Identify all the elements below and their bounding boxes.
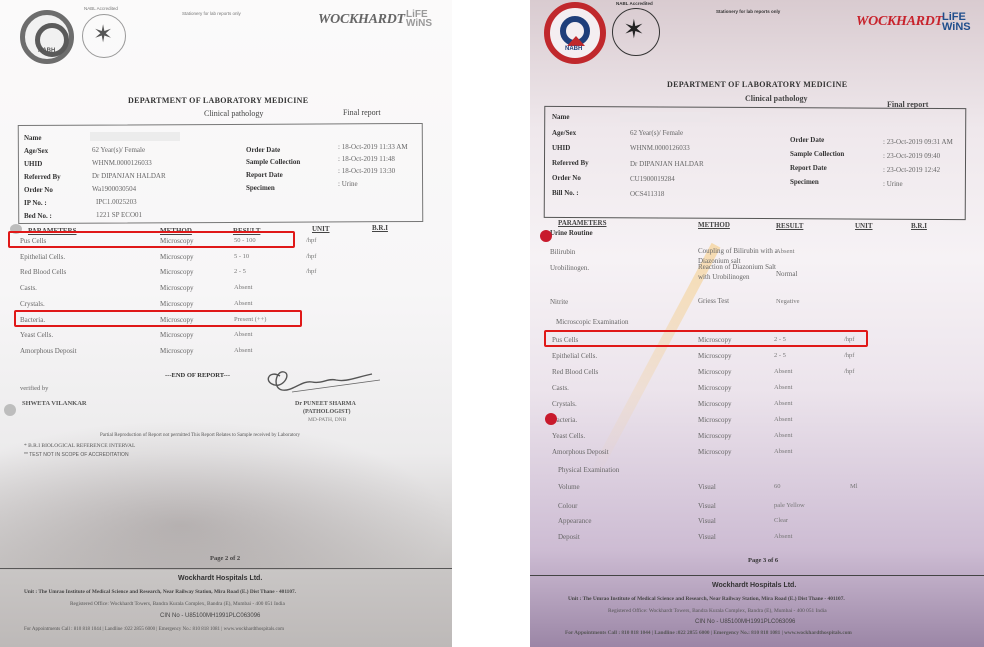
parameter-cell: Deposit	[558, 533, 580, 541]
specimen-value: : Urine	[883, 180, 903, 188]
method-cell: Visual	[698, 502, 716, 510]
footer-office: Registered Office: Wockhardt Towers, Ban…	[70, 601, 285, 607]
physical-title: Physical Examination	[558, 466, 619, 474]
verifier-name: SHWETA VILANKAR	[22, 400, 87, 407]
column-result: RESULT	[776, 222, 803, 230]
column-parameters: PARAMETERS	[558, 219, 606, 227]
method-cell: Reaction of Diazonium Salt with Urobilin…	[698, 262, 778, 282]
wockhardt-logo-text: WOCKHARDT	[856, 14, 943, 29]
tagline-line2: WiNS	[406, 19, 432, 28]
report-date-value: : 23-Oct-2019 12:42	[883, 166, 940, 174]
method-cell: Griess Test	[698, 296, 778, 306]
name-redacted	[90, 132, 180, 141]
method-cell: Microscopy	[160, 300, 193, 308]
parameter-cell: Crystals.	[552, 400, 577, 408]
star-icon: ✶	[93, 20, 113, 49]
wockhardt-logo: WOCKHARDT	[856, 14, 943, 30]
pathologist-degree: MD-PATH, DNB	[308, 417, 346, 423]
parameter-cell: Bilirubin	[550, 248, 575, 256]
referred-by-label: Referred By	[24, 173, 61, 181]
unit-cell: Ml	[850, 483, 858, 490]
method-cell: Microscopy	[698, 432, 731, 440]
specimen-label: Specimen	[790, 178, 819, 186]
department-title: DEPARTMENT OF LABORATORY MEDICINE	[667, 80, 847, 89]
footer-divider	[0, 568, 452, 569]
footer-contact: For Appointments Call : 810 818 1044 | L…	[24, 627, 284, 632]
pathologist-name: Dr PUNEET SHARMA	[295, 401, 356, 407]
result-cell: 2 - 5	[234, 268, 246, 275]
method-cell: Microscopy	[160, 284, 193, 292]
parameter-cell: Yeast Cells.	[552, 432, 585, 440]
footer-cin: CIN No - U85100MH1991PLC063096	[160, 613, 260, 619]
method-cell: Microscopy	[698, 448, 731, 456]
report-photo-right: NABH NABL Accredited ✶ Stationery for la…	[530, 0, 984, 647]
parameter-cell: Crystals.	[20, 300, 45, 308]
method-cell: Visual	[698, 517, 716, 525]
order-no-value: Wa1900030504	[92, 185, 136, 193]
footer-unit: Unit : The Umrao Institute of Medical Sc…	[24, 589, 296, 595]
parameter-cell: Red Blood Cells	[20, 268, 66, 276]
parameter-cell: Amorphous Deposit	[20, 347, 77, 355]
parameter-cell: Appearance	[558, 517, 591, 525]
wockhardt-logo-text: WOCKHARDT	[318, 12, 405, 27]
method-cell: Microscopy	[160, 331, 193, 339]
section-title: Clinical pathology	[204, 109, 263, 118]
department-title: DEPARTMENT OF LABORATORY MEDICINE	[128, 96, 308, 105]
sample-collection-value: : 18-Oct-2019 11:48	[338, 155, 395, 163]
parameter-cell: Colour	[558, 502, 577, 510]
footer-unit: Unit : The Umrao Institute of Medical Sc…	[568, 596, 845, 602]
column-bri: B.R.I	[911, 222, 927, 230]
result-cell: Absent	[774, 432, 792, 439]
footer-cin: CIN No - U85100MH1991PLC063096	[695, 619, 795, 625]
sample-collection-value: : 23-Oct-2019 09:40	[883, 152, 940, 160]
wockhardt-logo: WOCKHARDT	[318, 12, 405, 28]
result-cell: Absent	[774, 368, 792, 375]
stationery-note: Stationery for lab reports only	[716, 9, 780, 14]
nabh-logo: NABH	[20, 10, 74, 64]
report-status: Final report	[343, 108, 381, 117]
unit-cell: /hpf	[844, 352, 854, 359]
result-cell: Absent	[776, 248, 794, 255]
result-cell: 5 - 10	[234, 253, 249, 260]
parameter-cell: Casts.	[552, 384, 569, 392]
unit-cell: /hpf	[306, 237, 316, 244]
specimen-label: Specimen	[246, 184, 275, 192]
highlight-box	[8, 231, 295, 248]
column-method: METHOD	[698, 221, 730, 229]
result-cell: Absent	[234, 347, 252, 354]
parameter-cell: Epithelial Cells.	[20, 253, 65, 261]
unit-cell: /hpf	[844, 368, 854, 375]
nabh-label: NABH	[565, 46, 582, 52]
order-no-label: Order No	[24, 186, 53, 194]
result-cell: 60	[774, 483, 781, 490]
uhid-value: WHNM.0000126033	[92, 159, 152, 167]
order-date-label: Order Date	[790, 136, 824, 144]
name-label: Name	[24, 134, 42, 142]
name-label: Name	[552, 113, 570, 121]
uhid-label: UHID	[24, 160, 42, 168]
footer-divider	[530, 575, 984, 576]
disclaimer: Partial Reproduction of Report not permi…	[100, 433, 300, 438]
section-title: Clinical pathology	[745, 94, 807, 103]
bed-no-value: 1221 SP ECO01	[96, 211, 142, 219]
bill-no-label: Bill No. :	[552, 189, 579, 197]
tagline-logo: LiFE WiNS	[406, 10, 432, 28]
method-cell: Microscopy	[160, 268, 193, 276]
result-cell: Negative	[776, 298, 799, 305]
order-no-value: CU1900019284	[630, 175, 675, 183]
referred-by-value: Dr DIPANJAN HALDAR	[630, 160, 704, 168]
footer-office: Registered Office: Wockhardt Towers, Ban…	[608, 608, 827, 614]
result-cell: Absent	[774, 416, 792, 423]
method-cell: Microscopy	[698, 384, 731, 392]
parameter-cell: Epithelial Cells.	[552, 352, 597, 360]
method-cell: Microscopy	[698, 352, 731, 360]
column-unit: UNIT	[312, 225, 330, 233]
order-date-value: : 18-Oct-2019 11:33 AM	[338, 143, 408, 151]
order-no-label: Order No	[552, 174, 581, 182]
method-cell: Visual	[698, 533, 716, 541]
bed-no-label: Bed No. :	[24, 212, 52, 220]
parameter-cell: Casts.	[20, 284, 37, 292]
nabh-label: NABH	[38, 48, 55, 54]
age-sex-label: Age/Sex	[24, 147, 48, 155]
result-cell: Normal	[776, 270, 797, 278]
result-cell: Absent	[774, 384, 792, 391]
referred-by-value: Dr DIPANJAN HALDAR	[92, 172, 166, 180]
result-cell: Absent	[774, 533, 792, 540]
unit-cell: /hpf	[306, 253, 316, 260]
page-number: Page 2 of 2	[210, 555, 240, 562]
sample-collection-label: Sample Collection	[790, 150, 844, 158]
result-cell: Absent	[774, 448, 792, 455]
tagline-line2: WiNS	[942, 22, 971, 32]
age-sex-value: 62 Year(s)/ Female	[92, 146, 145, 154]
result-cell: 2 - 5	[774, 352, 786, 359]
note-accreditation: ** TEST NOT IN SCOPE OF ACCREDITATION	[24, 452, 129, 458]
punch-hole	[4, 404, 16, 416]
result-cell: Clear	[774, 517, 788, 524]
marker-dot	[540, 230, 552, 242]
parameter-cell: Urobilinogen.	[550, 264, 589, 272]
bill-no-value: OCS411318	[630, 190, 664, 198]
parameter-cell: Volume	[558, 483, 580, 491]
pathologist-title: (PATHOLOGIST)	[303, 409, 350, 415]
microscopic-title: Microscopic Examination	[556, 318, 629, 326]
parameter-cell: Red Blood Cells	[552, 368, 598, 376]
result-cell: Absent	[234, 300, 252, 307]
signature	[262, 366, 387, 396]
name-redacted	[620, 112, 710, 122]
page-number: Page 3 of 6	[748, 557, 778, 564]
uhid-label: UHID	[552, 144, 570, 152]
order-date-value: : 23-Oct-2019 09:31 AM	[883, 138, 953, 146]
result-cell: Absent	[234, 284, 252, 291]
unit-cell: /hpf	[306, 268, 316, 275]
report-date-label: Report Date	[790, 164, 827, 172]
tagline-logo: LiFE WiNS	[942, 12, 971, 32]
result-cell: Absent	[774, 400, 792, 407]
footer-company: Wockhardt Hospitals Ltd.	[178, 575, 262, 582]
nabl-logo: ✶	[82, 14, 126, 58]
method-cell: Microscopy	[160, 347, 193, 355]
age-sex-label: Age/Sex	[552, 129, 576, 137]
nabl-label: NABL Accredited	[616, 1, 653, 6]
method-cell: Microscopy	[160, 253, 193, 261]
method-cell: Microscopy	[698, 400, 731, 408]
age-sex-value: 62 Year(s)/ Female	[630, 129, 683, 137]
column-unit: UNIT	[855, 222, 873, 230]
method-cell: Microscopy	[698, 368, 731, 376]
nabh-logo: NABH	[544, 2, 606, 64]
report-date-value: : 18-Oct-2019 13:30	[338, 167, 395, 175]
report-photo-left: NABH NABL Accredited ✶ Stationery for la…	[0, 0, 452, 647]
footer-company: Wockhardt Hospitals Ltd.	[712, 582, 796, 589]
highlight-box	[544, 330, 868, 347]
result-cell: Absent	[234, 331, 252, 338]
parameter-cell: Nitrite	[550, 298, 568, 306]
stationery-note: Stationery for lab reports only	[182, 11, 241, 16]
nabl-label: NABL Accredited	[84, 6, 118, 11]
ip-no-label: IP No. :	[24, 199, 47, 207]
referred-by-label: Referred By	[552, 159, 589, 167]
verified-by-label: verified by	[20, 385, 48, 392]
specimen-value: : Urine	[338, 180, 358, 188]
footer-contact: For Appointments Call : 810 818 1044 | L…	[565, 630, 852, 636]
ip-no-value: IPC1.0025203	[96, 198, 137, 206]
marker-dot	[545, 413, 557, 425]
order-date-label: Order Date	[246, 146, 280, 154]
parameter-cell: Yeast Cells.	[20, 331, 53, 339]
nabl-logo: ✶	[612, 8, 660, 56]
note-bri: * B.R.I BIOLOGICAL REFERENCE INTERVAL	[24, 443, 135, 449]
uhid-value: WHNM.0000126033	[630, 144, 690, 152]
patient-info-box	[544, 106, 967, 220]
star-icon: ✶	[623, 15, 645, 45]
report-date-label: Report Date	[246, 171, 283, 179]
highlight-box	[14, 310, 302, 327]
column-bri: B.R.I	[372, 224, 388, 232]
method-cell: Visual	[698, 483, 716, 491]
sample-collection-label: Sample Collection	[246, 158, 300, 166]
method-cell: Microscopy	[698, 416, 731, 424]
end-of-report: ---END OF REPORT---	[165, 372, 230, 379]
parameter-cell: Amorphous Deposit	[552, 448, 609, 456]
group-title: Urine Routine	[550, 229, 593, 237]
result-cell: pale Yellow	[774, 502, 805, 509]
